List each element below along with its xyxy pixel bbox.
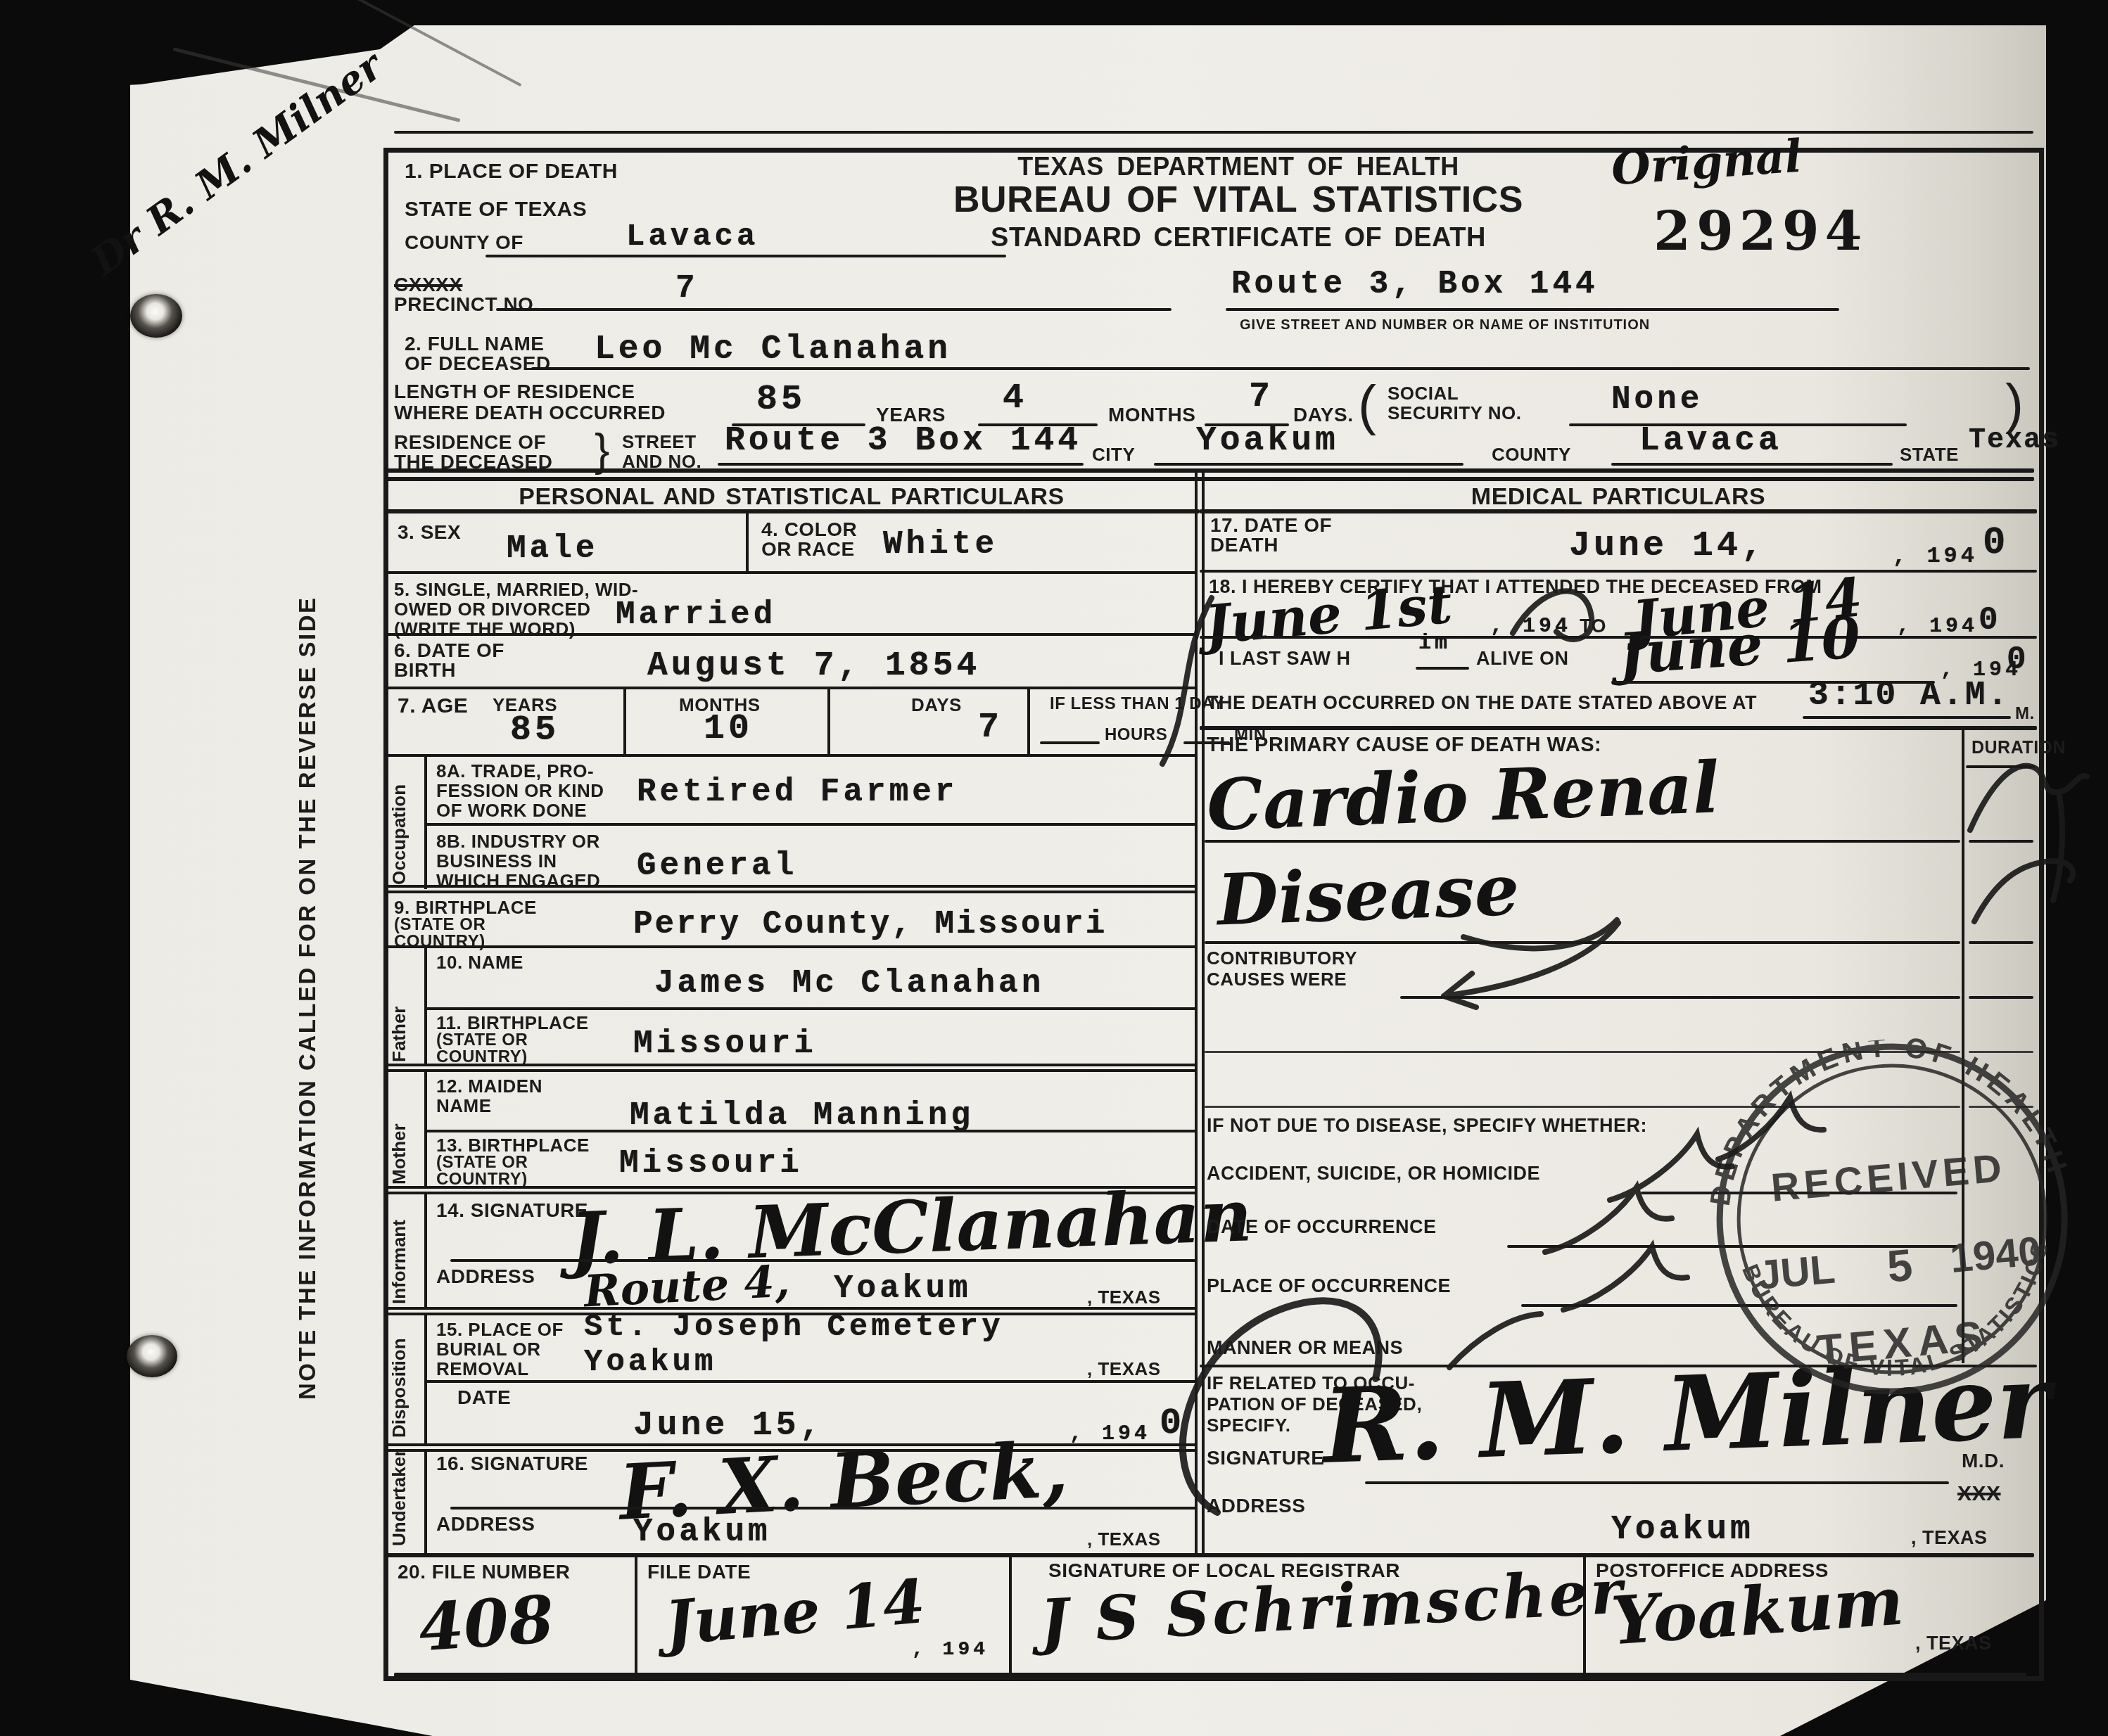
duration-scrawl (1970, 766, 2087, 830)
duration-scrawl (2053, 792, 2062, 900)
scanned-death-certificate: Dr R. M. Milner NOTE THE INFORMATION CAL… (0, 0, 2108, 1736)
check-mark (1563, 1246, 1687, 1310)
ink-stroke (1449, 1314, 1541, 1367)
handwriting-flourishes (0, 0, 2108, 1736)
check-mark (1718, 1097, 1824, 1159)
check-mark (1610, 1134, 1732, 1200)
ink-stroke (1162, 598, 1212, 764)
ink-stroke (1513, 591, 1592, 639)
signature-flourish (1183, 1301, 1379, 1512)
